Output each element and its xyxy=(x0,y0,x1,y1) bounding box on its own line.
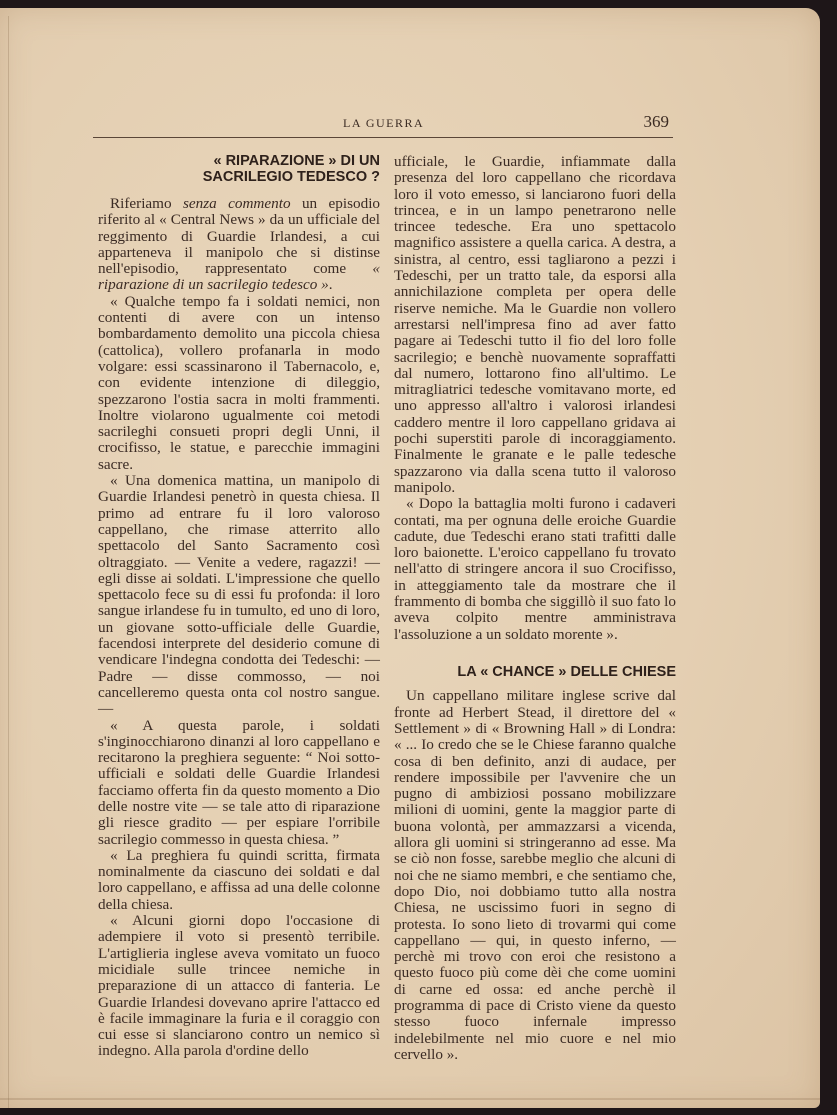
article2-title: LA « CHANCE » DELLE CHIESE xyxy=(394,665,676,681)
article1-paragraph: « La preghiera fu quindi scritta, firmat… xyxy=(98,848,380,913)
article1-paragraph: « Una domenica mattina, un manipolo di G… xyxy=(98,473,380,717)
article1-paragraph: « Qualche tempo fa i soldati nemici, non… xyxy=(98,294,380,473)
header-rule xyxy=(93,137,673,138)
article1-title-line1: « RIPARAZIONE » DI UN xyxy=(98,154,380,170)
article1-intro: Riferiamo senza commento un episodio rif… xyxy=(98,196,380,294)
article1-final-paragraph: « Dopo la battaglia molti furono i cadav… xyxy=(394,496,676,643)
intro-text: Riferiamo xyxy=(110,195,183,212)
page-fold-line xyxy=(8,16,9,1108)
page-number: 369 xyxy=(644,112,670,132)
page-bottom-edge xyxy=(0,1098,820,1100)
article2-body: Un cappellano militare inglese scrive da… xyxy=(394,688,676,1063)
left-column: « RIPARAZIONE » DI UN SACRILEGIO TEDESCO… xyxy=(98,154,380,1060)
article1-paragraph: « A questa parole, i soldati s'inginocch… xyxy=(98,718,380,848)
article1-title-line2: SACRILEGIO TEDESCO ? xyxy=(98,170,380,186)
running-header: LA GUERRA 369 xyxy=(93,114,673,136)
intro-emphasis: senza commento xyxy=(183,195,291,212)
scanned-page: LA GUERRA 369 « RIPARAZIONE » DI UN SACR… xyxy=(0,8,820,1108)
right-column: ufficiale, le Guardie, infiammate dalla … xyxy=(394,154,676,1063)
intro-text: . xyxy=(329,276,333,293)
article1-continuation: ufficiale, le Guardie, infiammate dalla … xyxy=(394,154,676,496)
article1-paragraph: « Alcuni giorni dopo l'occasione di adem… xyxy=(98,913,380,1060)
article1-title: « RIPARAZIONE » DI UN SACRILEGIO TEDESCO… xyxy=(98,154,380,185)
running-title: LA GUERRA xyxy=(343,116,424,131)
